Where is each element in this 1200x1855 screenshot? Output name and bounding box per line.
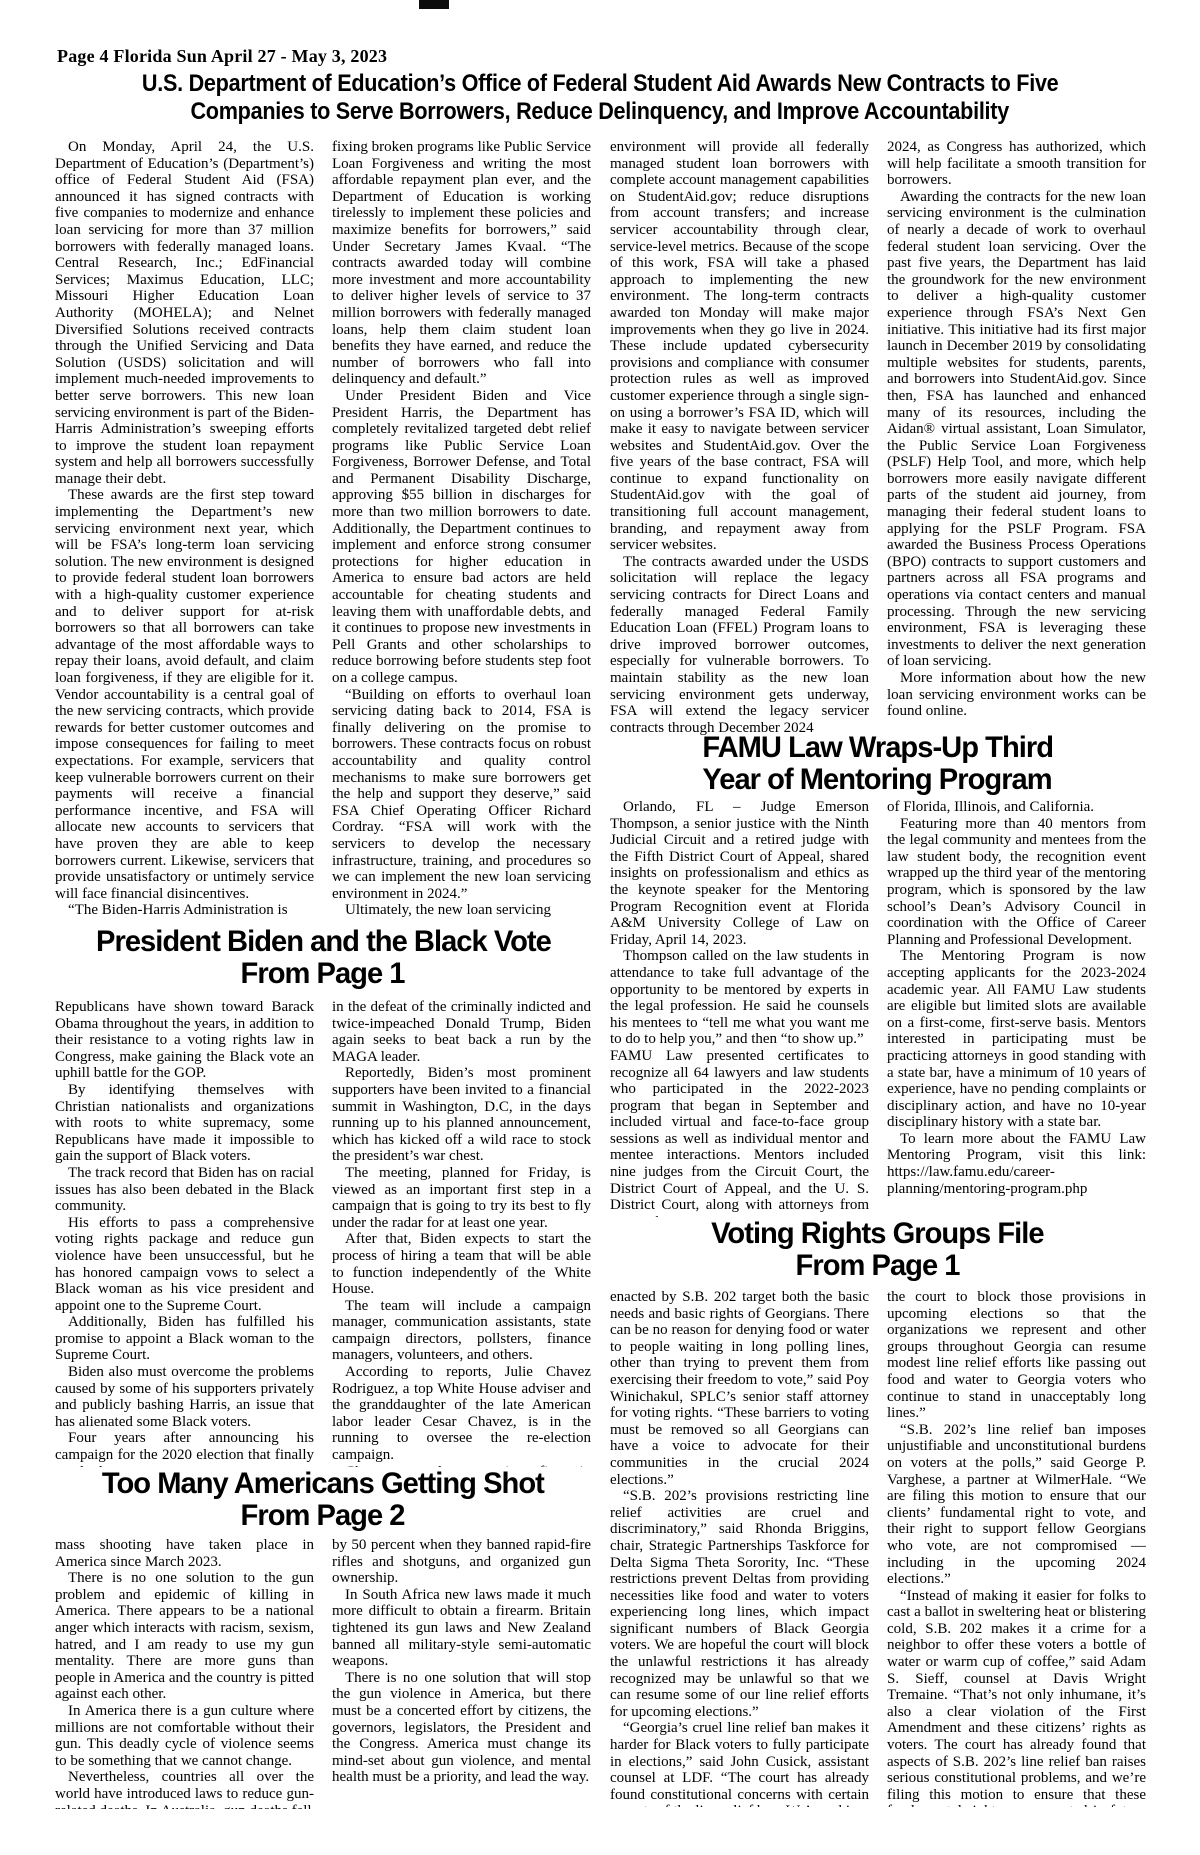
headline-line: Voting Rights Groups File xyxy=(711,1218,1043,1250)
headline-line: Year of Mentoring Program xyxy=(703,764,1052,796)
article-paragraph: enacted by S.B. 202 target both the basi… xyxy=(610,1289,869,1488)
article-paragraph: “S.B. 202’s provisions restricting line … xyxy=(610,1488,869,1720)
headline-line: Too Many Americans Getting Shot xyxy=(102,1468,544,1500)
article-paragraph: There is no one solution to the gun prob… xyxy=(55,1570,314,1703)
article-paragraph: Reportedly, Biden’s most prominent suppo… xyxy=(332,1065,591,1165)
article-paragraph: “S.B. 202’s line relief ban imposes unju… xyxy=(887,1422,1146,1588)
article-paragraph: The team will include a campaign manager… xyxy=(332,1298,591,1364)
article-paragraph: environment will provide all federally m… xyxy=(610,139,869,554)
article-column: by 50 percent when they banned rapid-fir… xyxy=(332,1537,591,1809)
article-paragraph: By identifying themselves with Christian… xyxy=(55,1082,314,1165)
article-paragraph: His efforts to pass a comprehensive voti… xyxy=(55,1215,314,1315)
article-paragraph: Under President Biden and Vice President… xyxy=(332,388,591,687)
article-paragraph: There is no one solution that will stop … xyxy=(332,1670,591,1786)
article-paragraph: mass shooting have taken place in Americ… xyxy=(55,1537,314,1570)
article-paragraph: Thompson called on the law students in a… xyxy=(610,948,869,1048)
article-paragraph: 2024, as Congress has authorized, which … xyxy=(887,139,1146,189)
headline-line: From Page 1 xyxy=(796,1250,960,1282)
article-headline: Too Many Americans Getting Shot From Pag… xyxy=(55,1468,591,1532)
article-headline: President Biden and the Black Vote From … xyxy=(55,926,591,990)
article-paragraph: In South Africa new laws made it much mo… xyxy=(332,1587,591,1670)
article-column: On Monday, April 24, the U.S. Department… xyxy=(55,139,314,923)
article-paragraph: These awards are the first step toward i… xyxy=(55,487,314,902)
article-paragraph: Additionally, Biden has fulfilled his pr… xyxy=(55,1314,314,1364)
article-paragraph: The track record that Biden has on racia… xyxy=(55,1165,314,1215)
article-paragraph: by 50 percent when they banned rapid-fir… xyxy=(332,1537,591,1587)
article-headline: FAMU Law Wraps-Up Third Year of Mentorin… xyxy=(610,732,1145,796)
article-paragraph: Nevertheless, countries all over the wor… xyxy=(55,1769,314,1809)
article-headline: Voting Rights Groups File From Page 1 xyxy=(610,1218,1145,1282)
article-paragraph: “Building on efforts to overhaul loan se… xyxy=(332,687,591,903)
article-paragraph: Ultimately, the new loan servicing xyxy=(332,902,591,919)
article-column: fixing broken programs like Public Servi… xyxy=(332,139,591,923)
article-paragraph: of Florida, Illinois, and California. xyxy=(887,799,1146,816)
article-paragraph: “The Biden-Harris Administration is xyxy=(55,902,314,919)
article-paragraph: Republicans have shown toward Barack Oba… xyxy=(55,999,314,1082)
headline-line: President Biden and the Black Vote xyxy=(96,926,551,958)
article-paragraph: To learn more about the FAMU Law Mentori… xyxy=(887,1131,1146,1197)
article-paragraph: in the defeat of the criminally indicted… xyxy=(332,999,591,1065)
article-paragraph: fixing broken programs like Public Servi… xyxy=(332,139,591,388)
newspaper-page: Page 4 Florida Sun April 27 - May 3, 202… xyxy=(0,0,1200,1855)
article-paragraph: Four years after announcing his campaign… xyxy=(55,1430,314,1467)
article-headline: U.S. Department of Education’s Office of… xyxy=(55,70,1145,126)
article-paragraph: “Georgia’s cruel line relief ban makes i… xyxy=(610,1720,869,1807)
article-paragraph: The meeting, planned for Friday, is view… xyxy=(332,1165,591,1231)
article-column: enacted by S.B. 202 target both the basi… xyxy=(610,1289,869,1807)
article-paragraph: “Instead of making it easier for folks t… xyxy=(887,1588,1146,1807)
article-column: in the defeat of the criminally indicted… xyxy=(332,999,591,1467)
article-paragraph: On Monday, April 24, the U.S. Department… xyxy=(55,139,314,487)
registration-mark xyxy=(419,0,449,9)
article-paragraph: Orlando, FL – Judge Emerson Thompson, a … xyxy=(610,799,869,948)
article-paragraph: More information about how the new loan … xyxy=(887,670,1146,720)
article-paragraph: the court to block those provisions in u… xyxy=(887,1289,1146,1422)
article-paragraph: Biden also must overcome the problems ca… xyxy=(55,1364,314,1430)
article-column: the court to block those provisions in u… xyxy=(887,1289,1146,1807)
article-paragraph: In America there is a gun culture where … xyxy=(55,1703,314,1769)
article-paragraph: The contracts awarded under the USDS sol… xyxy=(610,554,869,735)
article-paragraph: FAMU Law presented certificates to recog… xyxy=(610,1048,869,1217)
article-column: environment will provide all federally m… xyxy=(610,139,869,735)
article-paragraph: Awarding the contracts for the new loan … xyxy=(887,189,1146,670)
headline-line: FAMU Law Wraps-Up Third xyxy=(702,732,1053,764)
article-paragraph: After that, Biden expects to start the p… xyxy=(332,1231,591,1297)
page-header: Page 4 Florida Sun April 27 - May 3, 202… xyxy=(57,46,387,66)
article-paragraph: Featuring more than 40 mentors from the … xyxy=(887,816,1146,949)
article-paragraph: The Mentoring Program is now accepting a… xyxy=(887,948,1146,1131)
headline-line: U.S. Department of Education’s Office of… xyxy=(142,70,1059,98)
headline-line: Companies to Serve Borrowers, Reduce Del… xyxy=(191,98,1009,126)
article-column: mass shooting have taken place in Americ… xyxy=(55,1537,314,1809)
article-column: Republicans have shown toward Barack Oba… xyxy=(55,999,314,1467)
article-column: of Florida, Illinois, and California.Fea… xyxy=(887,799,1146,1217)
article-column: 2024, as Congress has authorized, which … xyxy=(887,139,1146,735)
article-column: Orlando, FL – Judge Emerson Thompson, a … xyxy=(610,799,869,1217)
headline-line: From Page 1 xyxy=(241,958,405,990)
headline-line: From Page 2 xyxy=(241,1500,405,1532)
article-paragraph: According to reports, Julie Chavez Rodri… xyxy=(332,1364,591,1464)
